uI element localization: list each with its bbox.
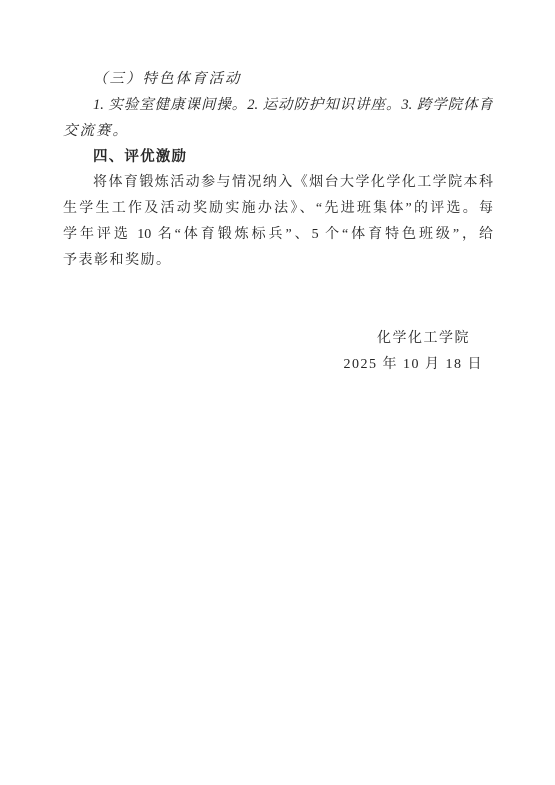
paragraph-line-1: 将体育锻炼活动参与情况纳入《烟台大学化学化工学院本科: [63, 170, 493, 196]
document-body: （三）特色体育活动 1. 实验室健康课间操。2. 运动防护知识讲座。3. 跨学院…: [63, 66, 493, 378]
subsection-heading: （三）特色体育活动: [63, 66, 493, 92]
signature-org: 化学化工学院: [63, 326, 493, 352]
blank-line: [63, 274, 493, 300]
paragraph-line-4: 予表彰和奖励。: [63, 248, 493, 274]
list-items-line-continuation: 交流赛。: [63, 118, 493, 144]
paragraph-line-2: 生学生工作及活动奖励实施办法》、“先进班集体”的评选。每: [63, 196, 493, 222]
blank-line: [63, 300, 493, 326]
signature-date: 2025 年 10 月 18 日: [63, 352, 493, 378]
paragraph-line-3: 学年评选 10 名“体育锻炼标兵”、5 个“体育特色班级”，给: [63, 222, 493, 248]
document-page: （三）特色体育活动 1. 实验室健康课间操。2. 运动防护知识讲座。3. 跨学院…: [0, 0, 555, 785]
section-heading: 四、评优激励: [63, 144, 493, 170]
list-items-line: 1. 实验室健康课间操。2. 运动防护知识讲座。3. 跨学院体育: [63, 92, 493, 118]
